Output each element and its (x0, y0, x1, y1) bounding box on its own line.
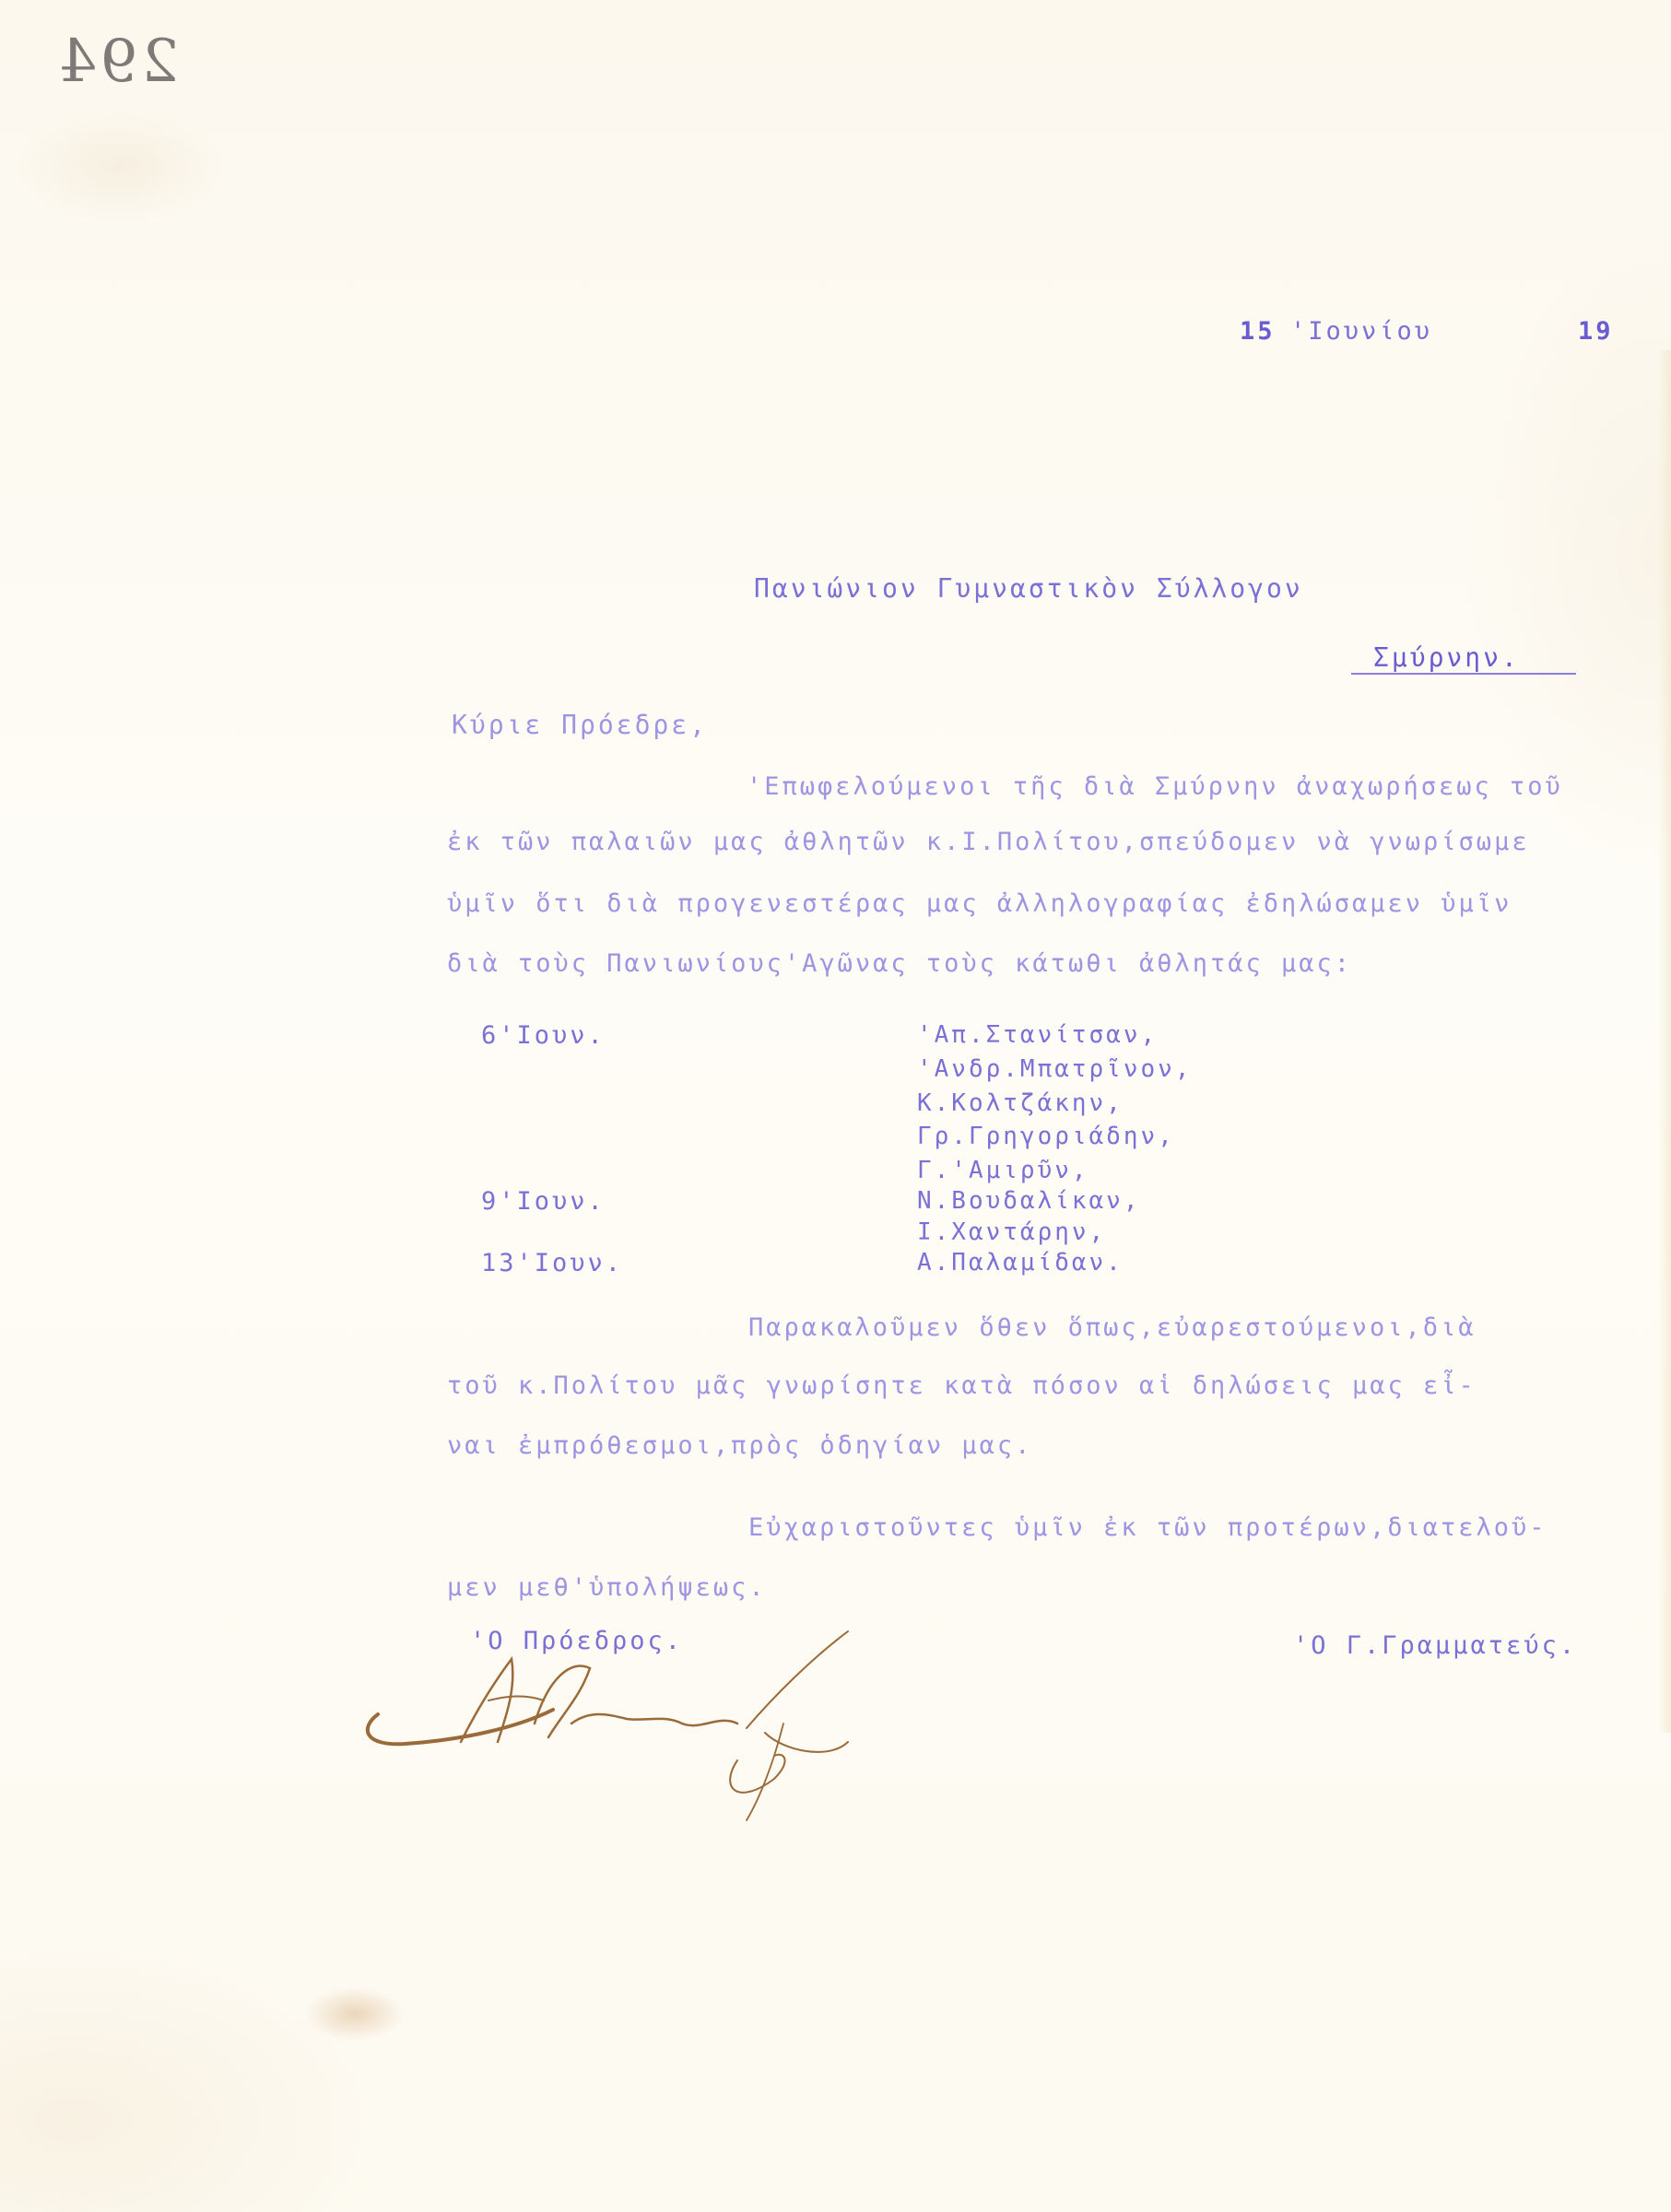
paper-edge-shadow (1658, 350, 1671, 1733)
athlete-name: Ν.Βουδαλίκαν, (917, 1187, 1141, 1215)
athlete-event-date: 13'Ιουν. (481, 1249, 623, 1277)
paragraph-2-line: τοῦ κ.Πολίτου μᾶς γνωρίσητε κατὰ πόσον α… (447, 1371, 1477, 1400)
salutation: Κύριε Πρόεδρε, (452, 710, 708, 740)
addressee-city: Σμύρνην. (1373, 642, 1520, 673)
paper-stain (304, 1986, 406, 2041)
addressee: Πανιώνιον Γυμναστικὸν Σύλλογον (754, 573, 1303, 604)
paragraph-1-line: 'Επωφελούμενοι τῆς διὰ Σμύρνην ἀναχωρήσε… (747, 772, 1563, 801)
athlete-name: Ι.Χαντάρην, (917, 1218, 1106, 1246)
date-year: 19 (1578, 317, 1614, 346)
athlete-name: Κ.Κολτζάκην, (917, 1089, 1124, 1117)
date-day: 15 (1240, 317, 1276, 346)
athlete-event-date: 6'Ιουν. (481, 1021, 606, 1050)
paragraph-1-line: διὰ τοὺς Πανιωνίους'Αγῶνας τοὺς κάτωθι ἀ… (447, 949, 1352, 978)
paragraph-1-line: ἐκ τῶν παλαιῶν μας ἀθλητῶν κ.Ι.Πολίτου,σ… (447, 828, 1530, 856)
paragraph-3-line: μεν μεθ'ὑπολήψεως. (447, 1573, 767, 1602)
athlete-name: 'Απ.Στανίτσαν, (917, 1021, 1158, 1049)
paragraph-3-line: Εὐχαριστοῦντες ὑμῖν ἐκ τῶν προτέρων,διατ… (748, 1513, 1547, 1542)
archive-number-stamp: 294 (55, 28, 179, 96)
paragraph-1-line: ὑμῖν ὅτι διὰ προγενεστέρας μας ἀλληλογρα… (447, 889, 1512, 918)
athlete-name: Γρ.Γρηγοριάδην, (917, 1123, 1175, 1150)
athlete-name: Γ.'Αμιρῦν, (917, 1157, 1089, 1184)
handwritten-signature (350, 1622, 903, 1825)
date-month: 'Ιουνίου (1290, 317, 1432, 346)
paragraph-2-line: ναι ἐμπρόθεσμοι,πρὸς ὁδηγίαν μας. (447, 1431, 1032, 1460)
athlete-name: 'Ανδρ.Μπατρῖνον, (917, 1055, 1192, 1083)
city-underline (1351, 673, 1576, 675)
athlete-name: Α.Παλαμίδαν. (917, 1249, 1124, 1277)
secretary-title: 'Ο Γ.Γραμματεύς. (1293, 1631, 1577, 1660)
athlete-event-date: 9'Ιουν. (481, 1187, 606, 1216)
paragraph-2-line: Παρακαλοῦμεν ὅθεν ὅπως,εὐαρεστούμενοι,δι… (748, 1313, 1476, 1342)
